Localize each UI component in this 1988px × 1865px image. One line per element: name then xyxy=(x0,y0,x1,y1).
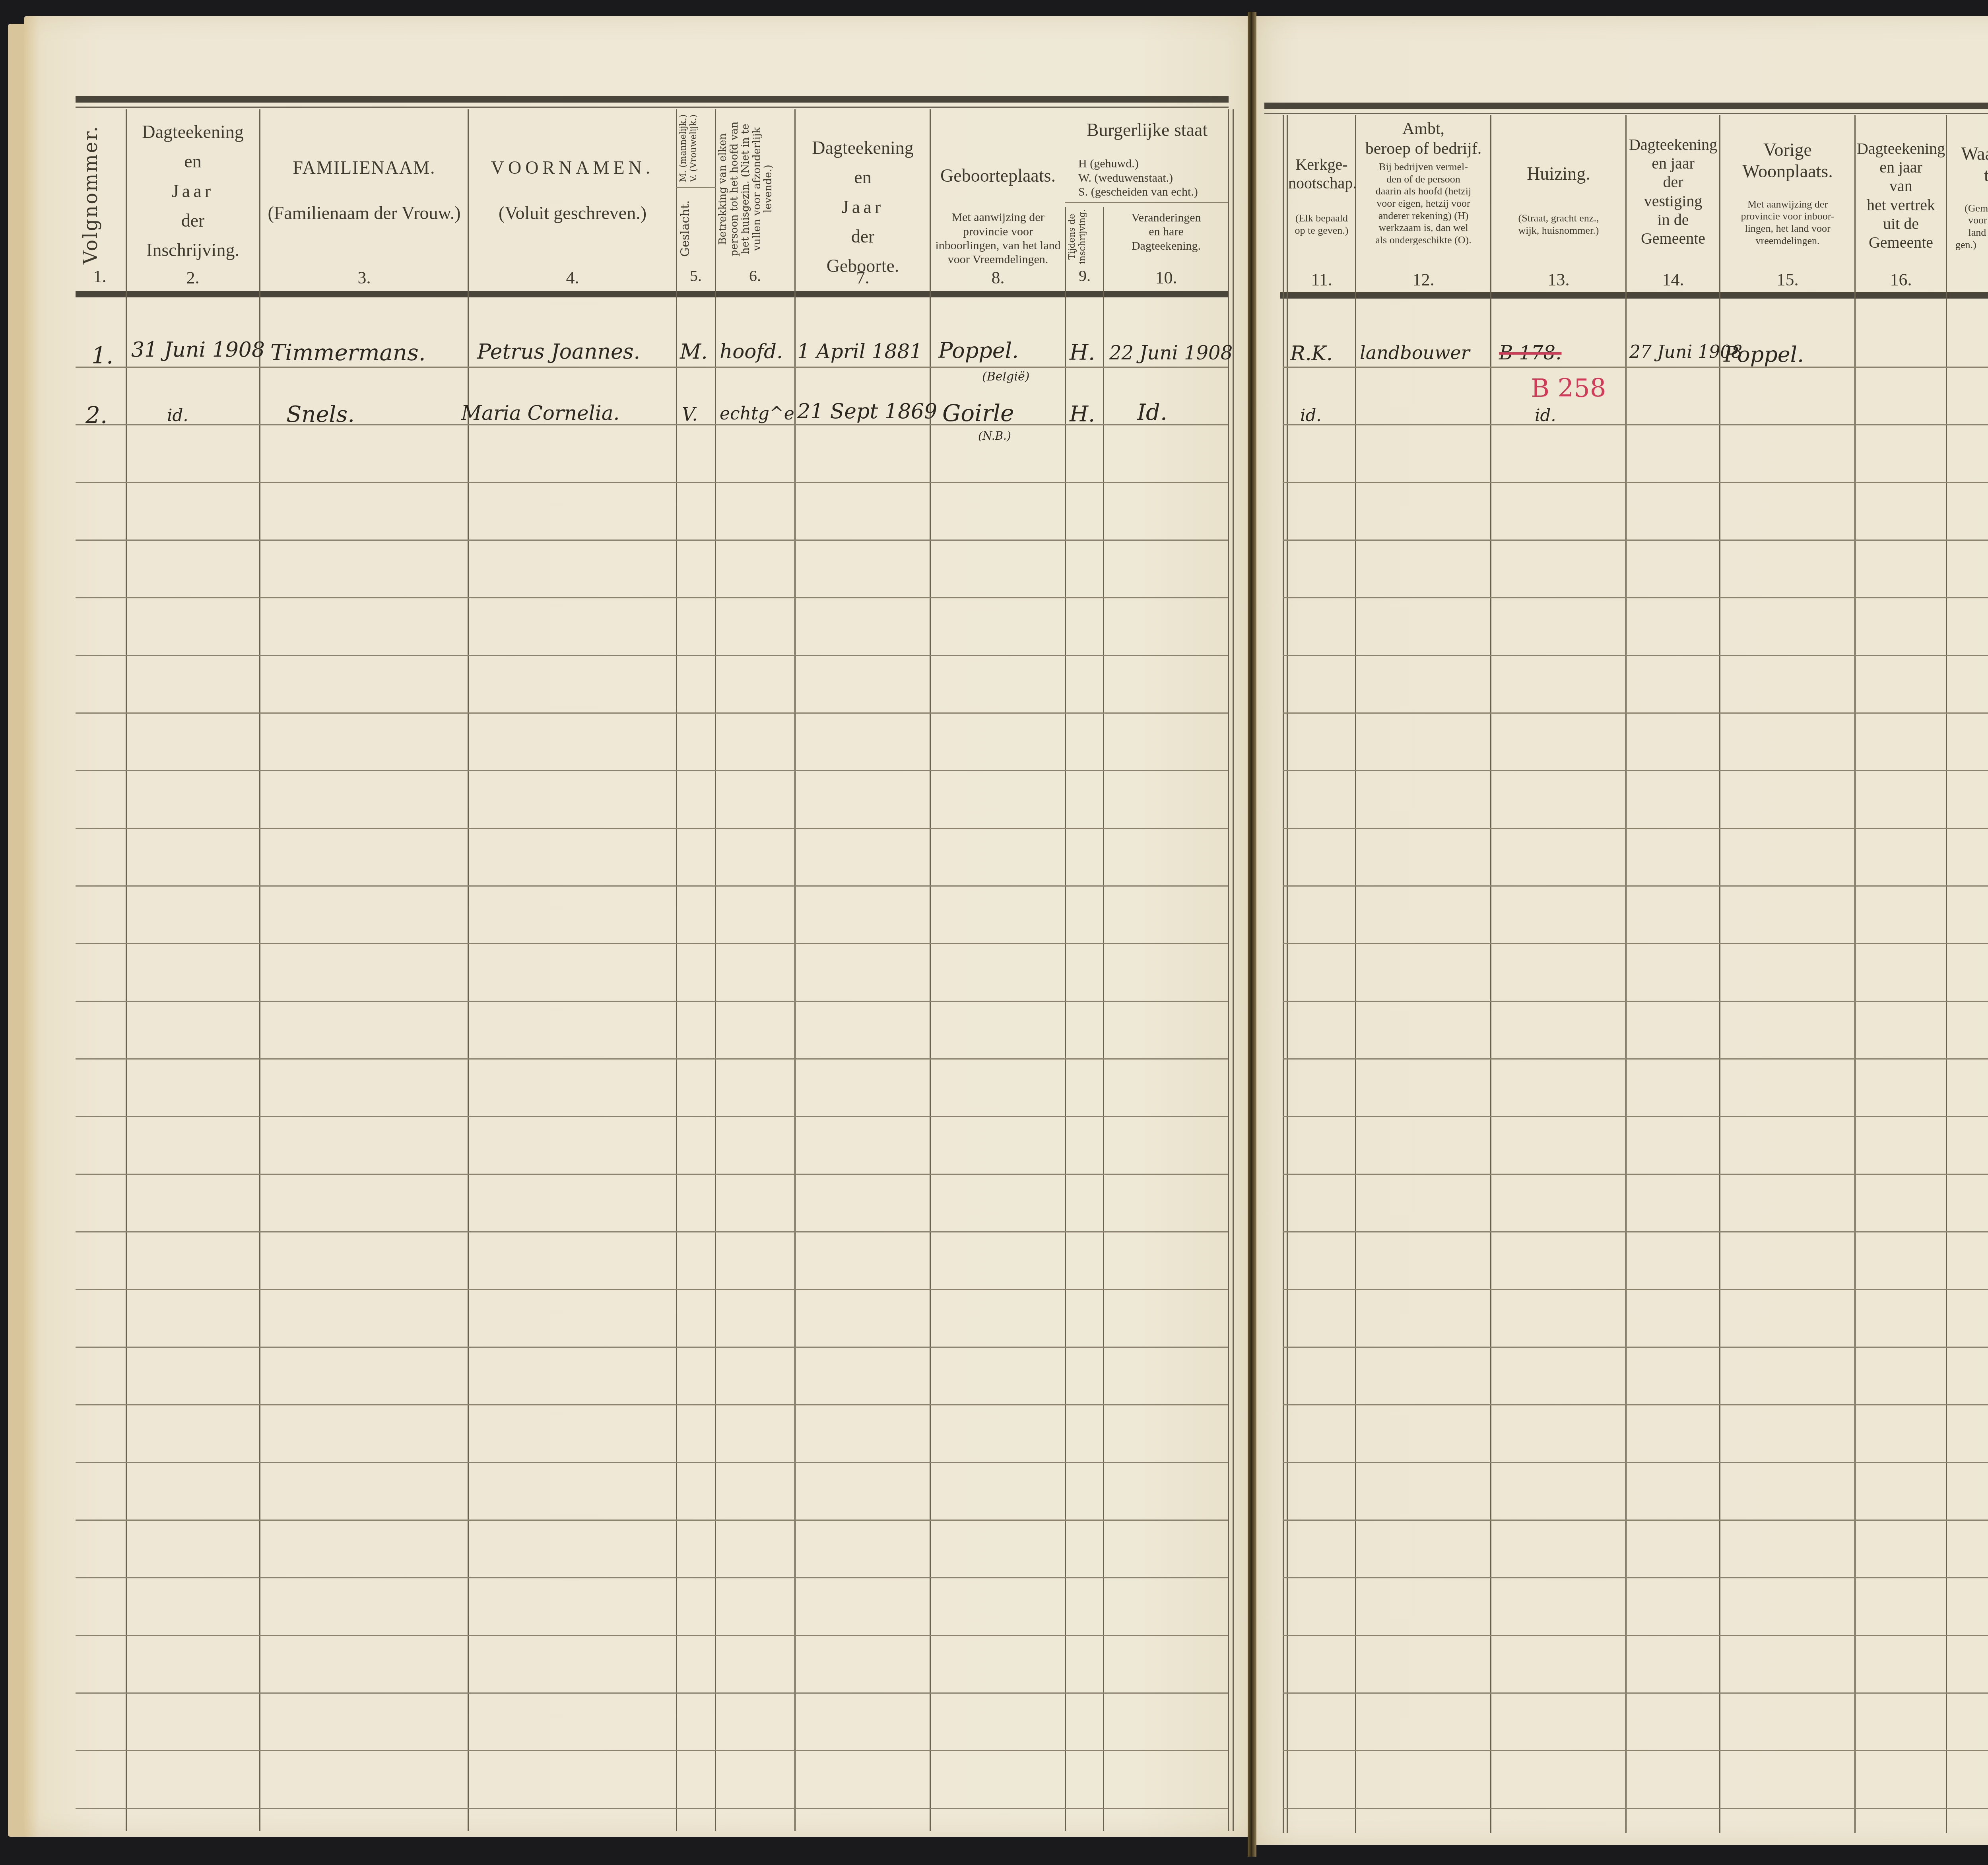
header-col5-title: Geslacht. xyxy=(678,191,714,266)
entry-huizing: id. xyxy=(1535,406,1556,425)
col-sep xyxy=(1625,115,1627,1833)
entry-geslacht: M. xyxy=(680,340,708,364)
col-sep xyxy=(1283,115,1284,1833)
entry-datum-inschrijving: 31 Juni 1908 xyxy=(131,338,265,362)
entry-vorige-woonplaats: Poppel. xyxy=(1724,342,1804,367)
right-header-bottom-rule xyxy=(1280,292,1988,299)
col-sep xyxy=(1233,109,1234,1831)
header-col16: Dagteekening en jaar van het vertrek uit… xyxy=(1856,119,1946,290)
entry-kerkgenootschap: id. xyxy=(1300,406,1322,425)
left-header-bottom-rule xyxy=(76,291,1229,297)
row-line xyxy=(1283,1577,1988,1578)
header-col9-title: Tijdens de inschrijving. xyxy=(1067,207,1103,266)
entry-voornamen: Petrus Joannes. xyxy=(477,340,640,364)
row-line xyxy=(1283,482,1988,483)
row-line xyxy=(1283,1058,1988,1060)
row-line xyxy=(1283,1808,1988,1809)
header-col4: VOORNAMEN. (Voluit geschreven.) 4. xyxy=(469,121,676,288)
row-line xyxy=(1283,885,1988,887)
col-sep xyxy=(1355,115,1356,1833)
row-line xyxy=(1283,1116,1988,1117)
header-col10: Veranderingen en hare Dagteekening. 10. xyxy=(1105,211,1228,288)
row-line xyxy=(1283,597,1988,598)
entry-huizing-struck: B 178. xyxy=(1499,342,1561,364)
entry-geslacht: V. xyxy=(682,404,698,425)
row-line xyxy=(76,1808,1228,1809)
entry-voornamen: Maria Cornelia. xyxy=(461,402,619,425)
entry-volgnummer: 1. xyxy=(91,342,113,369)
entry-geboorteplaats-note: (België) xyxy=(982,370,1029,384)
row-line xyxy=(1283,1750,1988,1751)
row-line xyxy=(1283,1462,1988,1463)
header-col7: Dagteekening en Jaar der Geboorte. 7. xyxy=(796,121,930,288)
row-line xyxy=(76,367,1228,368)
right-page xyxy=(1252,16,1988,1845)
header-col5-num: 5. xyxy=(677,266,715,285)
entry-familienaam: Timmermans. xyxy=(270,340,425,366)
row-line xyxy=(76,1404,1228,1405)
left-top-rule-thin xyxy=(76,107,1229,108)
header-col2: Dagteekening en Jaar der Inschrijving. 2… xyxy=(127,121,258,288)
header-col9-num: 9. xyxy=(1066,266,1104,285)
row-line xyxy=(76,1289,1228,1290)
entry-veranderingen: 22 Juni 1908 xyxy=(1109,342,1233,364)
row-line xyxy=(1283,1635,1988,1636)
entry-volgnummer: 2. xyxy=(85,402,107,429)
row-line xyxy=(76,1231,1228,1232)
header-col12: Ambt, beroep of bedrijf. Bij bedrijven v… xyxy=(1357,119,1490,290)
col-sep xyxy=(1287,115,1288,1833)
header-col13: Huizing. (Straat, gracht enz., wijk, hui… xyxy=(1492,119,1625,290)
entry-geboorteplaats: Poppel. xyxy=(938,338,1019,363)
row-line xyxy=(1283,367,1988,368)
entry-burgerlijke-staat: H. xyxy=(1070,402,1095,427)
left-page xyxy=(24,16,1252,1837)
header-col1-title: Volgnommer. xyxy=(80,119,123,270)
row-line xyxy=(76,885,1228,887)
row-line xyxy=(76,1462,1228,1463)
row-line xyxy=(1283,770,1988,771)
row-line xyxy=(76,655,1228,656)
header-col1-num: 1. xyxy=(78,266,122,287)
header-col6-num: 6. xyxy=(716,266,794,285)
row-line xyxy=(1283,828,1988,829)
entry-geboorteplaats: Goirle xyxy=(942,400,1014,427)
entry-beroep: landbouwer xyxy=(1360,342,1470,363)
row-line xyxy=(1283,540,1988,541)
row-line xyxy=(76,1001,1228,1002)
header-col3: FAMILIENAAM. (Familienaam der Vrouw.) 3. xyxy=(261,121,468,288)
col-sep xyxy=(1065,207,1066,1831)
row-line xyxy=(1283,1289,1988,1290)
entry-datum-inschrijving: id. xyxy=(167,406,188,425)
row-line xyxy=(1283,1404,1988,1405)
row-line xyxy=(76,1692,1228,1694)
row-line xyxy=(1283,1174,1988,1175)
row-line xyxy=(76,1174,1228,1175)
row-line xyxy=(76,770,1228,771)
row-line xyxy=(1283,943,1988,944)
row-line xyxy=(76,1577,1228,1578)
col-sep xyxy=(1490,115,1491,1833)
header-col5-legend: M. (mannelijk.) V. (Vrouwelijk.) xyxy=(678,111,714,185)
row-line xyxy=(76,1635,1228,1636)
col-sep xyxy=(1228,109,1229,1831)
entry-betrekking: echtg^e xyxy=(720,404,794,424)
row-line xyxy=(76,943,1228,944)
entry-burgerlijke-staat: H. xyxy=(1070,340,1095,365)
entry-huizing-correction: B 258 xyxy=(1531,374,1606,403)
right-top-rule xyxy=(1264,103,1988,109)
row-line xyxy=(76,540,1228,541)
entry-veranderingen: Id. xyxy=(1137,400,1167,425)
header-col15: Vorige Woonplaats. Met aanwijzing der pr… xyxy=(1721,119,1854,290)
row-line xyxy=(76,1520,1228,1521)
row-line xyxy=(76,828,1228,829)
entry-kerkgenootschap: R.K. xyxy=(1290,342,1333,365)
row-line xyxy=(1283,424,1988,425)
header-col8: Geboorteplaats. Met aanwijzing der provi… xyxy=(931,121,1065,288)
header-subrule xyxy=(676,187,716,188)
book-spine xyxy=(1248,12,1256,1857)
col-sep xyxy=(1946,115,1947,1833)
entry-geboortedatum: 21 Sept 1869 xyxy=(797,400,937,423)
row-line xyxy=(76,1116,1228,1117)
row-line xyxy=(1283,1692,1988,1694)
header-col14: Dagteekening en jaar der vestiging in de… xyxy=(1627,119,1719,290)
row-line xyxy=(1283,712,1988,714)
header-col9-group: Burgerlijke staat H (gehuwd.) W. (weduwe… xyxy=(1066,115,1228,203)
entry-betrekking: hoofd. xyxy=(720,340,783,363)
row-line xyxy=(76,1058,1228,1060)
col-sep xyxy=(1854,115,1856,1833)
row-line xyxy=(76,1750,1228,1751)
entry-familienaam: Snels. xyxy=(286,402,355,427)
row-line xyxy=(1283,1520,1988,1521)
row-line xyxy=(1283,1347,1988,1348)
header-col6: Betrekking van elken persoon tot het hoo… xyxy=(717,111,793,266)
row-line xyxy=(76,712,1228,714)
entry-geboortedatum: 1 April 1881 xyxy=(797,340,922,363)
row-line xyxy=(1283,1001,1988,1002)
entry-geboorteplaats-note: (N.B.) xyxy=(978,429,1011,442)
col-sep xyxy=(1103,207,1104,1831)
row-line xyxy=(76,424,1228,425)
col-sep xyxy=(1719,115,1720,1833)
right-top-rule-thin xyxy=(1264,113,1988,114)
row-line xyxy=(76,597,1228,598)
header-col11: Kerkge- nootschap. (Elk bepaald op te ge… xyxy=(1288,131,1355,290)
row-line xyxy=(1283,1231,1988,1232)
row-line xyxy=(76,1347,1228,1348)
row-line xyxy=(1283,655,1988,656)
row-line xyxy=(76,482,1228,483)
left-top-rule xyxy=(76,96,1229,103)
header-col17: Waarheen ver- trokken. (Gemeente en prov… xyxy=(1947,119,1988,290)
